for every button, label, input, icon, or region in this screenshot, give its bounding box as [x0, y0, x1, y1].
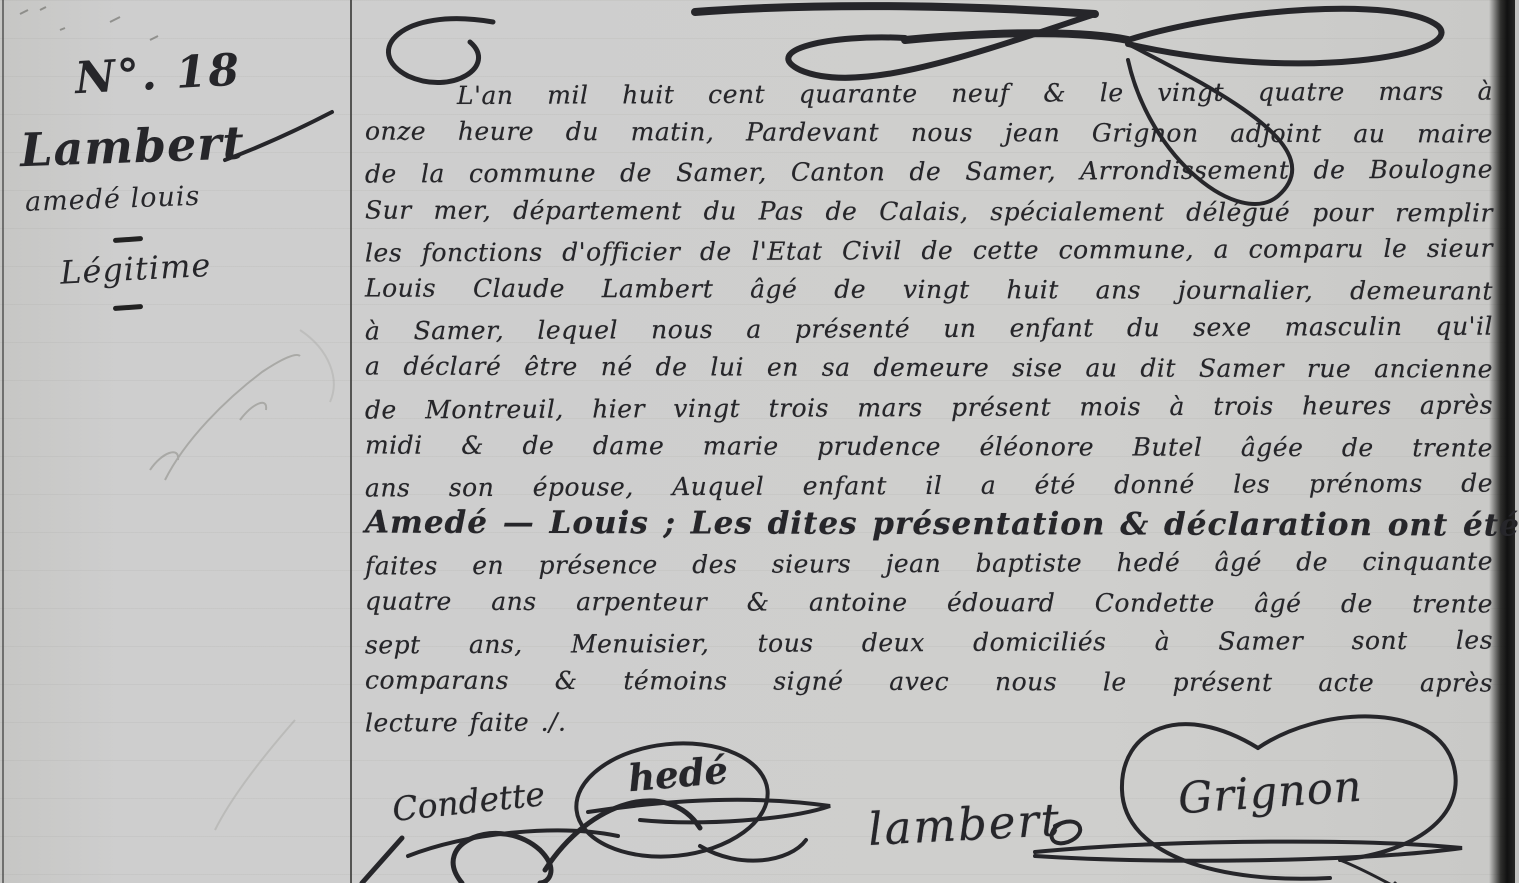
margin-dash: [113, 236, 143, 243]
act-line: ans son épouse, Auquel enfant il a été d…: [365, 463, 1493, 507]
signature-lambert: lambert: [867, 793, 1062, 856]
act-line-child-names: Amedé — Louis ; Les dites présentation &…: [365, 504, 1493, 546]
act-line: L'an mil huit cent quarante neuf & le vi…: [365, 72, 1493, 116]
act-line: sept ans, Menuisier, tous deux domicilié…: [365, 620, 1493, 664]
act-number: N°. 18: [74, 43, 276, 104]
act-line: midi & de dame marie prudence éléonore B…: [365, 425, 1493, 467]
margin-surname: Lambert: [19, 113, 321, 177]
act-line: faites en présence des sieurs jean bapti…: [365, 542, 1493, 586]
act-line: Sur mer, département du Pas de Calais, s…: [365, 190, 1493, 232]
act-line: a déclaré être né de lui en sa demeure s…: [365, 347, 1493, 389]
act-line: comparans & témoins signé avec nous le p…: [365, 660, 1493, 702]
register-page-scan: N°. 18 Lambert amedé louis Légitime L'an…: [0, 0, 1519, 883]
signature-condette: Condette: [390, 774, 546, 829]
act-text-block: L'an mil huit cent quarante neuf & le vi…: [365, 74, 1493, 740]
margin-annotation-block: N°. 18 Lambert amedé louis Légitime: [0, 0, 348, 883]
margin-given-names: amedé louis: [25, 177, 306, 218]
condette-underline: [408, 830, 618, 856]
act-line: de Montreuil, hier vingt trois mars prés…: [365, 385, 1493, 429]
signature-grignon: Grignon: [1176, 762, 1364, 825]
margin-legitimacy: Légitime: [59, 242, 281, 291]
act-line: Louis Claude Lambert âgé de vingt huit a…: [365, 268, 1493, 310]
act-line: les fonctions d'officier de l'Etat Civil…: [365, 228, 1493, 272]
act-line: lecture faite ./.: [365, 699, 1493, 743]
margin-rule-line: [350, 0, 352, 883]
act-line: à Samer, lequel nous a présenté un enfan…: [365, 307, 1493, 351]
act-line: onze heure du matin, Pardevant nous jean…: [365, 112, 1493, 154]
act-line: de la commune de Samer, Canton de Samer,…: [365, 150, 1493, 194]
act-line: quatre ans arpenteur & antoine édouard C…: [365, 582, 1493, 624]
initial-swash: [388, 19, 493, 83]
signature-hede: hedé: [626, 748, 729, 801]
margin-dash: [113, 304, 143, 311]
